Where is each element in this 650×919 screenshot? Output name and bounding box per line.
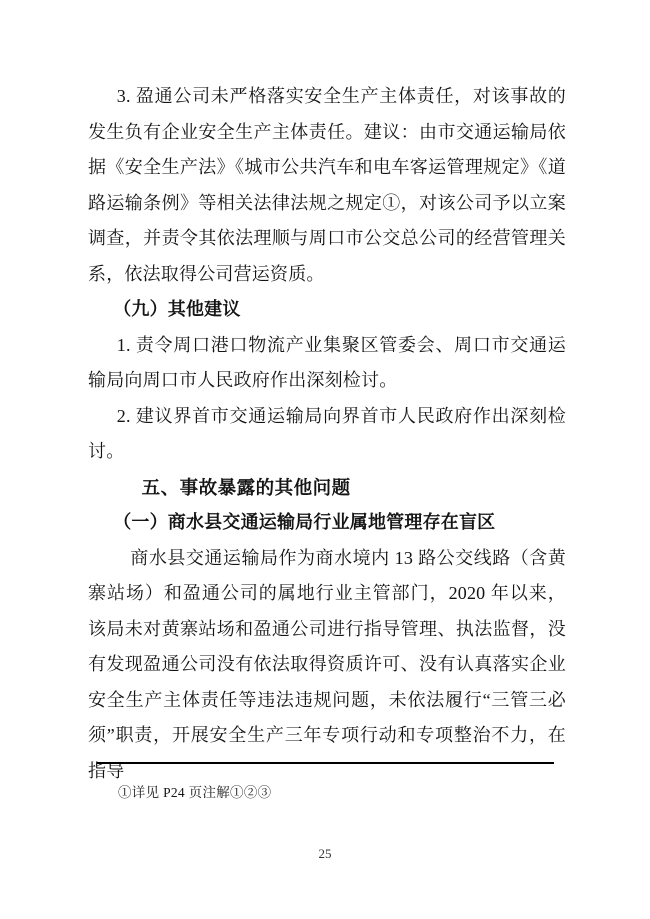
document-page: 3. 盈通公司未严格落实安全生产主体责任，对该事故的发生负有企业安全生产主体责任… — [0, 0, 650, 919]
document-body: 3. 盈通公司未严格落实安全生产主体责任，对该事故的发生负有企业安全生产主体责任… — [88, 79, 566, 789]
page-number: 25 — [0, 846, 650, 862]
heading-other-recommendations: （九）其他建议 — [88, 292, 566, 328]
paragraph-shangshui-bureau: 商水县交通运输局作为商水境内 13 路公交线路（含黄寨站场）和盈通公司的属地行业… — [88, 541, 566, 790]
heading-subsection-one: （一）商水县交通运输局行业属地管理存在盲区 — [88, 505, 566, 541]
paragraph-recommendation-3: 3. 盈通公司未严格落实安全生产主体责任，对该事故的发生负有企业安全生产主体责任… — [88, 79, 566, 292]
footnote-text: ①详见 P24 页注解①②③ — [118, 783, 558, 803]
paragraph-recommendation-item-2: 2. 建议界首市交通运输局向界首市人民政府作出深刻检讨。 — [88, 399, 566, 470]
footnote-separator-rule — [97, 762, 554, 764]
paragraph-recommendation-item-1: 1. 责令周口港口物流产业集聚区管委会、周口市交通运输局向周口市人民政府作出深刻… — [88, 328, 566, 399]
heading-section-five: 五、事故暴露的其他问题 — [88, 470, 566, 506]
